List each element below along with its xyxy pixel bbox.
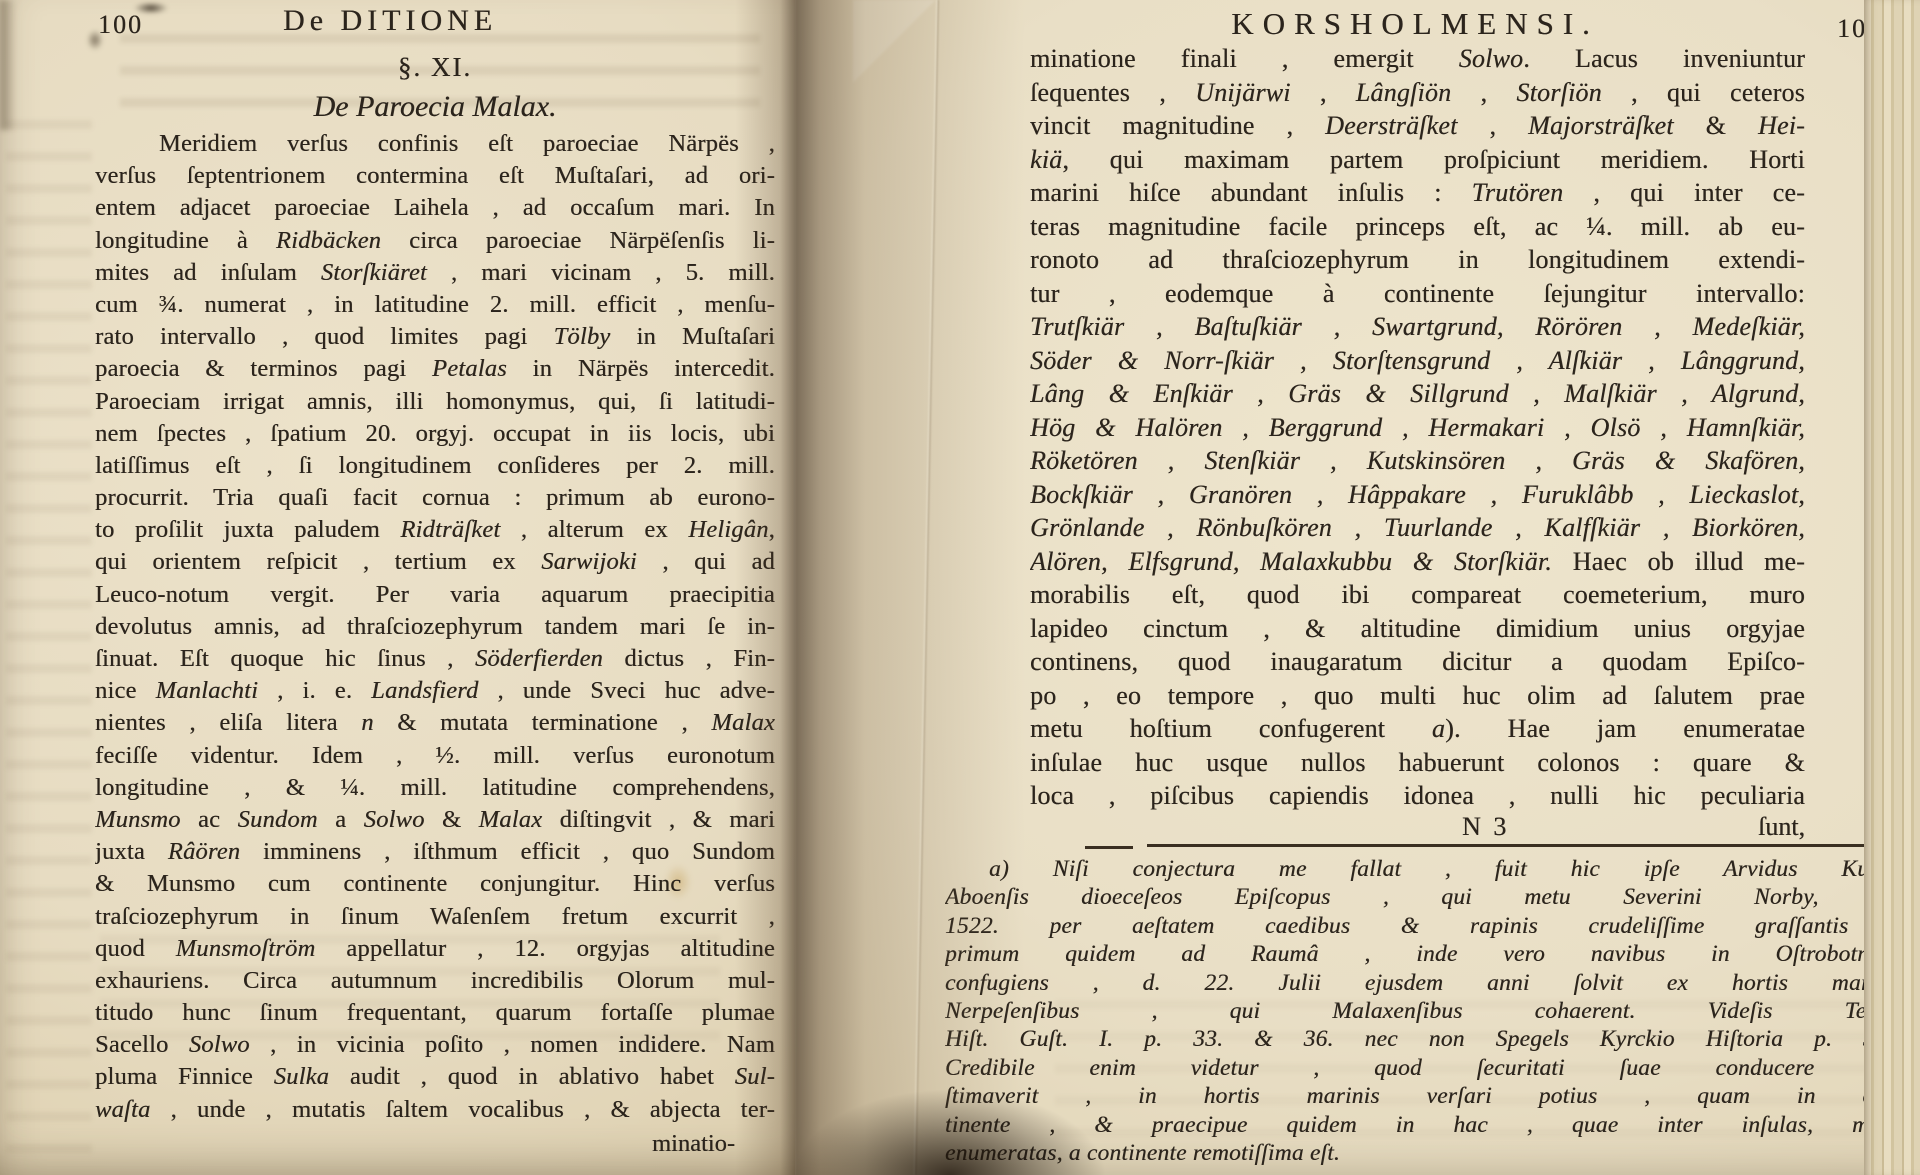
text-line: feciſſe videntur. Idem , ½. mill. verſus… <box>95 742 775 774</box>
right-page-body-text: minatione finali , emergit Solwo. Lacus … <box>1030 44 1805 815</box>
text-line: ſtimaverit , in hortis marinis verſari p… <box>945 1083 1905 1111</box>
text-line: Hiſt. Guſt. I. p. 33. & 36. nec non Speg… <box>945 1026 1905 1054</box>
signature-line: N 3 ſunt, <box>1030 812 1805 846</box>
text-line: traſciozephyrum in ſinum Waſenſem fretum… <box>95 903 775 935</box>
text-line: Paroeciam irrigat amnis, illi homonymus,… <box>95 388 775 420</box>
text-line: ſequentes , Unijärwi , Lângſiön , Storſi… <box>1030 78 1805 112</box>
text-line: Grönlande , Rönbuſkören , Tuurlande , Ka… <box>1030 513 1805 547</box>
section-heading: §. XI. <box>95 52 775 83</box>
text-line: titudo hunc ſinum frequentant, quarum fo… <box>95 999 775 1031</box>
text-line: 1522. per aeſtatem caedibus & rapinis cr… <box>945 913 1905 941</box>
footnote-text: a) Niſi conjectura me fallat , fuit hic … <box>945 856 1905 1168</box>
text-line: Hög & Halören , Berggrund , Hermakari , … <box>1030 413 1805 447</box>
text-line: a) Niſi conjectura me fallat , fuit hic … <box>945 856 1905 884</box>
text-line: mites ad inſulam Storſkiäret , mari vici… <box>95 259 775 291</box>
text-line: enumeratas, a continente remotiſſima eſt… <box>945 1140 1905 1168</box>
page-edge-shading <box>0 0 16 130</box>
text-line: nientes , eliſa litera n & mutata termin… <box>95 709 775 741</box>
text-line: longitudine , & ¼. mill. latitudine comp… <box>95 774 775 806</box>
text-line: ronoto ad thraſciozephyrum in longitudin… <box>1030 245 1805 279</box>
text-line: vincit magnitudine , Deersträſket , Majo… <box>1030 111 1805 145</box>
text-line: tinente , & praecipue quidem in hac , qu… <box>945 1112 1905 1140</box>
text-line: marini hiſce abundant inſulis : Trutören… <box>1030 178 1805 212</box>
text-line: quod Munsmoſtröm appellatur , 12. orgyja… <box>95 935 775 967</box>
page-stack-edge <box>1864 0 1920 1175</box>
text-line: entem adjacet paroeciae Laihela , ad occ… <box>95 194 775 226</box>
text-line: po , eo tempore , quo multi huc olim ad … <box>1030 681 1805 715</box>
text-line: cum ¾. numerat , in latitudine 2. mill. … <box>95 291 775 323</box>
text-line: Meridiem verſus confinis eſt paroeciae N… <box>95 130 775 162</box>
text-line: Munsmo ac Sundom a Solwo & Malax diſting… <box>95 806 775 838</box>
text-line: primum quidem ad Raumâ , inde vero navib… <box>945 941 1905 969</box>
running-header-right: KORSHOLMENSI. <box>1030 6 1800 42</box>
text-line: Röketören , Stenſkiär , Kutskinsören , G… <box>1030 446 1805 480</box>
text-line: & Munsmo cum continente conjungitur. Hin… <box>95 870 775 902</box>
text-line: Bockſkiär , Granören , Hâppakare , Furuk… <box>1030 480 1805 514</box>
signature-line-word: ſunt, <box>1758 812 1805 842</box>
text-line: confugiens , d. 22. Julii ejusdem anni ſ… <box>945 970 1905 998</box>
text-line: Alören, Elfsgrund, Malaxkubbu & Storſkiä… <box>1030 547 1805 581</box>
text-line: Trutſkiär , Baſtuſkiär , Swartgrund, Rör… <box>1030 312 1805 346</box>
text-line: rato intervallo , quod limites pagi Tölb… <box>95 323 775 355</box>
page-right: KORSHOLMENSI. 101 minatione finali , eme… <box>795 0 1920 1175</box>
footnote-rule <box>1147 844 1907 847</box>
text-line: minatione finali , emergit Solwo. Lacus … <box>1030 44 1805 78</box>
text-line: Credibile enim videtur , quod ſecuritati… <box>945 1055 1905 1083</box>
text-line: nice Manlachti , i. e. Landsfierd , unde… <box>95 677 775 709</box>
text-line: Sacello Solwo , in vicinia poſito , nome… <box>95 1031 775 1063</box>
page-corner-fold <box>853 0 945 92</box>
text-line: nem ſpectes , ſpatium 20. orgyj. occupat… <box>95 420 775 452</box>
text-line: paroecia & terminos pagi Petalas in Närp… <box>95 355 775 387</box>
text-line: metu hoſtium confugerent a). Hae jam enu… <box>1030 714 1805 748</box>
text-line: kiä, qui maximam partem proſpiciunt meri… <box>1030 145 1805 179</box>
footnote-rule-dash <box>1085 846 1133 849</box>
text-line: qui orientem reſpicit , tertium ex Sarwi… <box>95 548 775 580</box>
text-line: Söder & Norr-ſkiär , Storſtensgrund , Al… <box>1030 346 1805 380</box>
text-line: to proſilit juxta paludem Ridträſket , a… <box>95 516 775 548</box>
signature-mark: N 3 <box>1462 812 1509 842</box>
running-header-left: De DITIONE <box>50 4 730 38</box>
text-line: verſus ſeptentrionem contermina eſt Muſt… <box>95 162 775 194</box>
text-line: teras magnitudine facile princeps eſt, a… <box>1030 212 1805 246</box>
text-line: latiſſimus eſt , ſi longitudinem conſide… <box>95 452 775 484</box>
text-line: waſta , unde , mutatis ſaltem vocalibus … <box>95 1096 775 1128</box>
bleedthrough-texture <box>6 120 92 1160</box>
text-line: exhauriens. Circa autumnum incredibilis … <box>95 967 775 999</box>
text-line: longitudine à Ridbäcken circa paroeciae … <box>95 227 775 259</box>
text-line: Leuco-notum vergit. Per varia aquarum pr… <box>95 581 775 613</box>
section-subtitle: De Paroecia Malax. <box>95 90 775 124</box>
book-spread: 100 De DITIONE §. XI. De Paroecia Malax.… <box>0 0 1920 1175</box>
catchword: minatio- <box>95 1130 735 1158</box>
text-line: lapideo cinctum , & altitudine dimidium … <box>1030 614 1805 648</box>
text-line: ſinuat. Eſt quoque hic ſinus , Söderfier… <box>95 645 775 677</box>
text-line: inſulae huc usque nullos habuerunt colon… <box>1030 748 1805 782</box>
text-line: devolutus amnis, ad thraſciozephyrum tan… <box>95 613 775 645</box>
page-left: 100 De DITIONE §. XI. De Paroecia Malax.… <box>0 0 795 1175</box>
text-line: procurrit. Tria quaſi facit cornua : pri… <box>95 484 775 516</box>
text-line: Aboenſis dioeceſeos Epiſcopus , qui metu… <box>945 884 1905 912</box>
text-line: loca , piſcibus capiendis idonea , nulli… <box>1030 781 1805 815</box>
text-line: tur , eodemque à continente ſejungitur i… <box>1030 279 1805 313</box>
left-page-body-text: Meridiem verſus confinis eſt paroeciae N… <box>95 130 775 1128</box>
text-line: continens, quod inaugaratum dicitur a qu… <box>1030 647 1805 681</box>
text-line: morabilis eſt, quod ibi compareat coemet… <box>1030 580 1805 614</box>
text-line: juxta Râören imminens , iſthmum efficit … <box>95 838 775 870</box>
text-line: Nerpeſenſibus , qui Malaxenſibus cohaere… <box>945 998 1905 1026</box>
text-line: pluma Finnice Sulka audit , quod in abla… <box>95 1063 775 1095</box>
text-line: Lâng & Enſkiär , Gräs & Sillgrund , Malſ… <box>1030 379 1805 413</box>
